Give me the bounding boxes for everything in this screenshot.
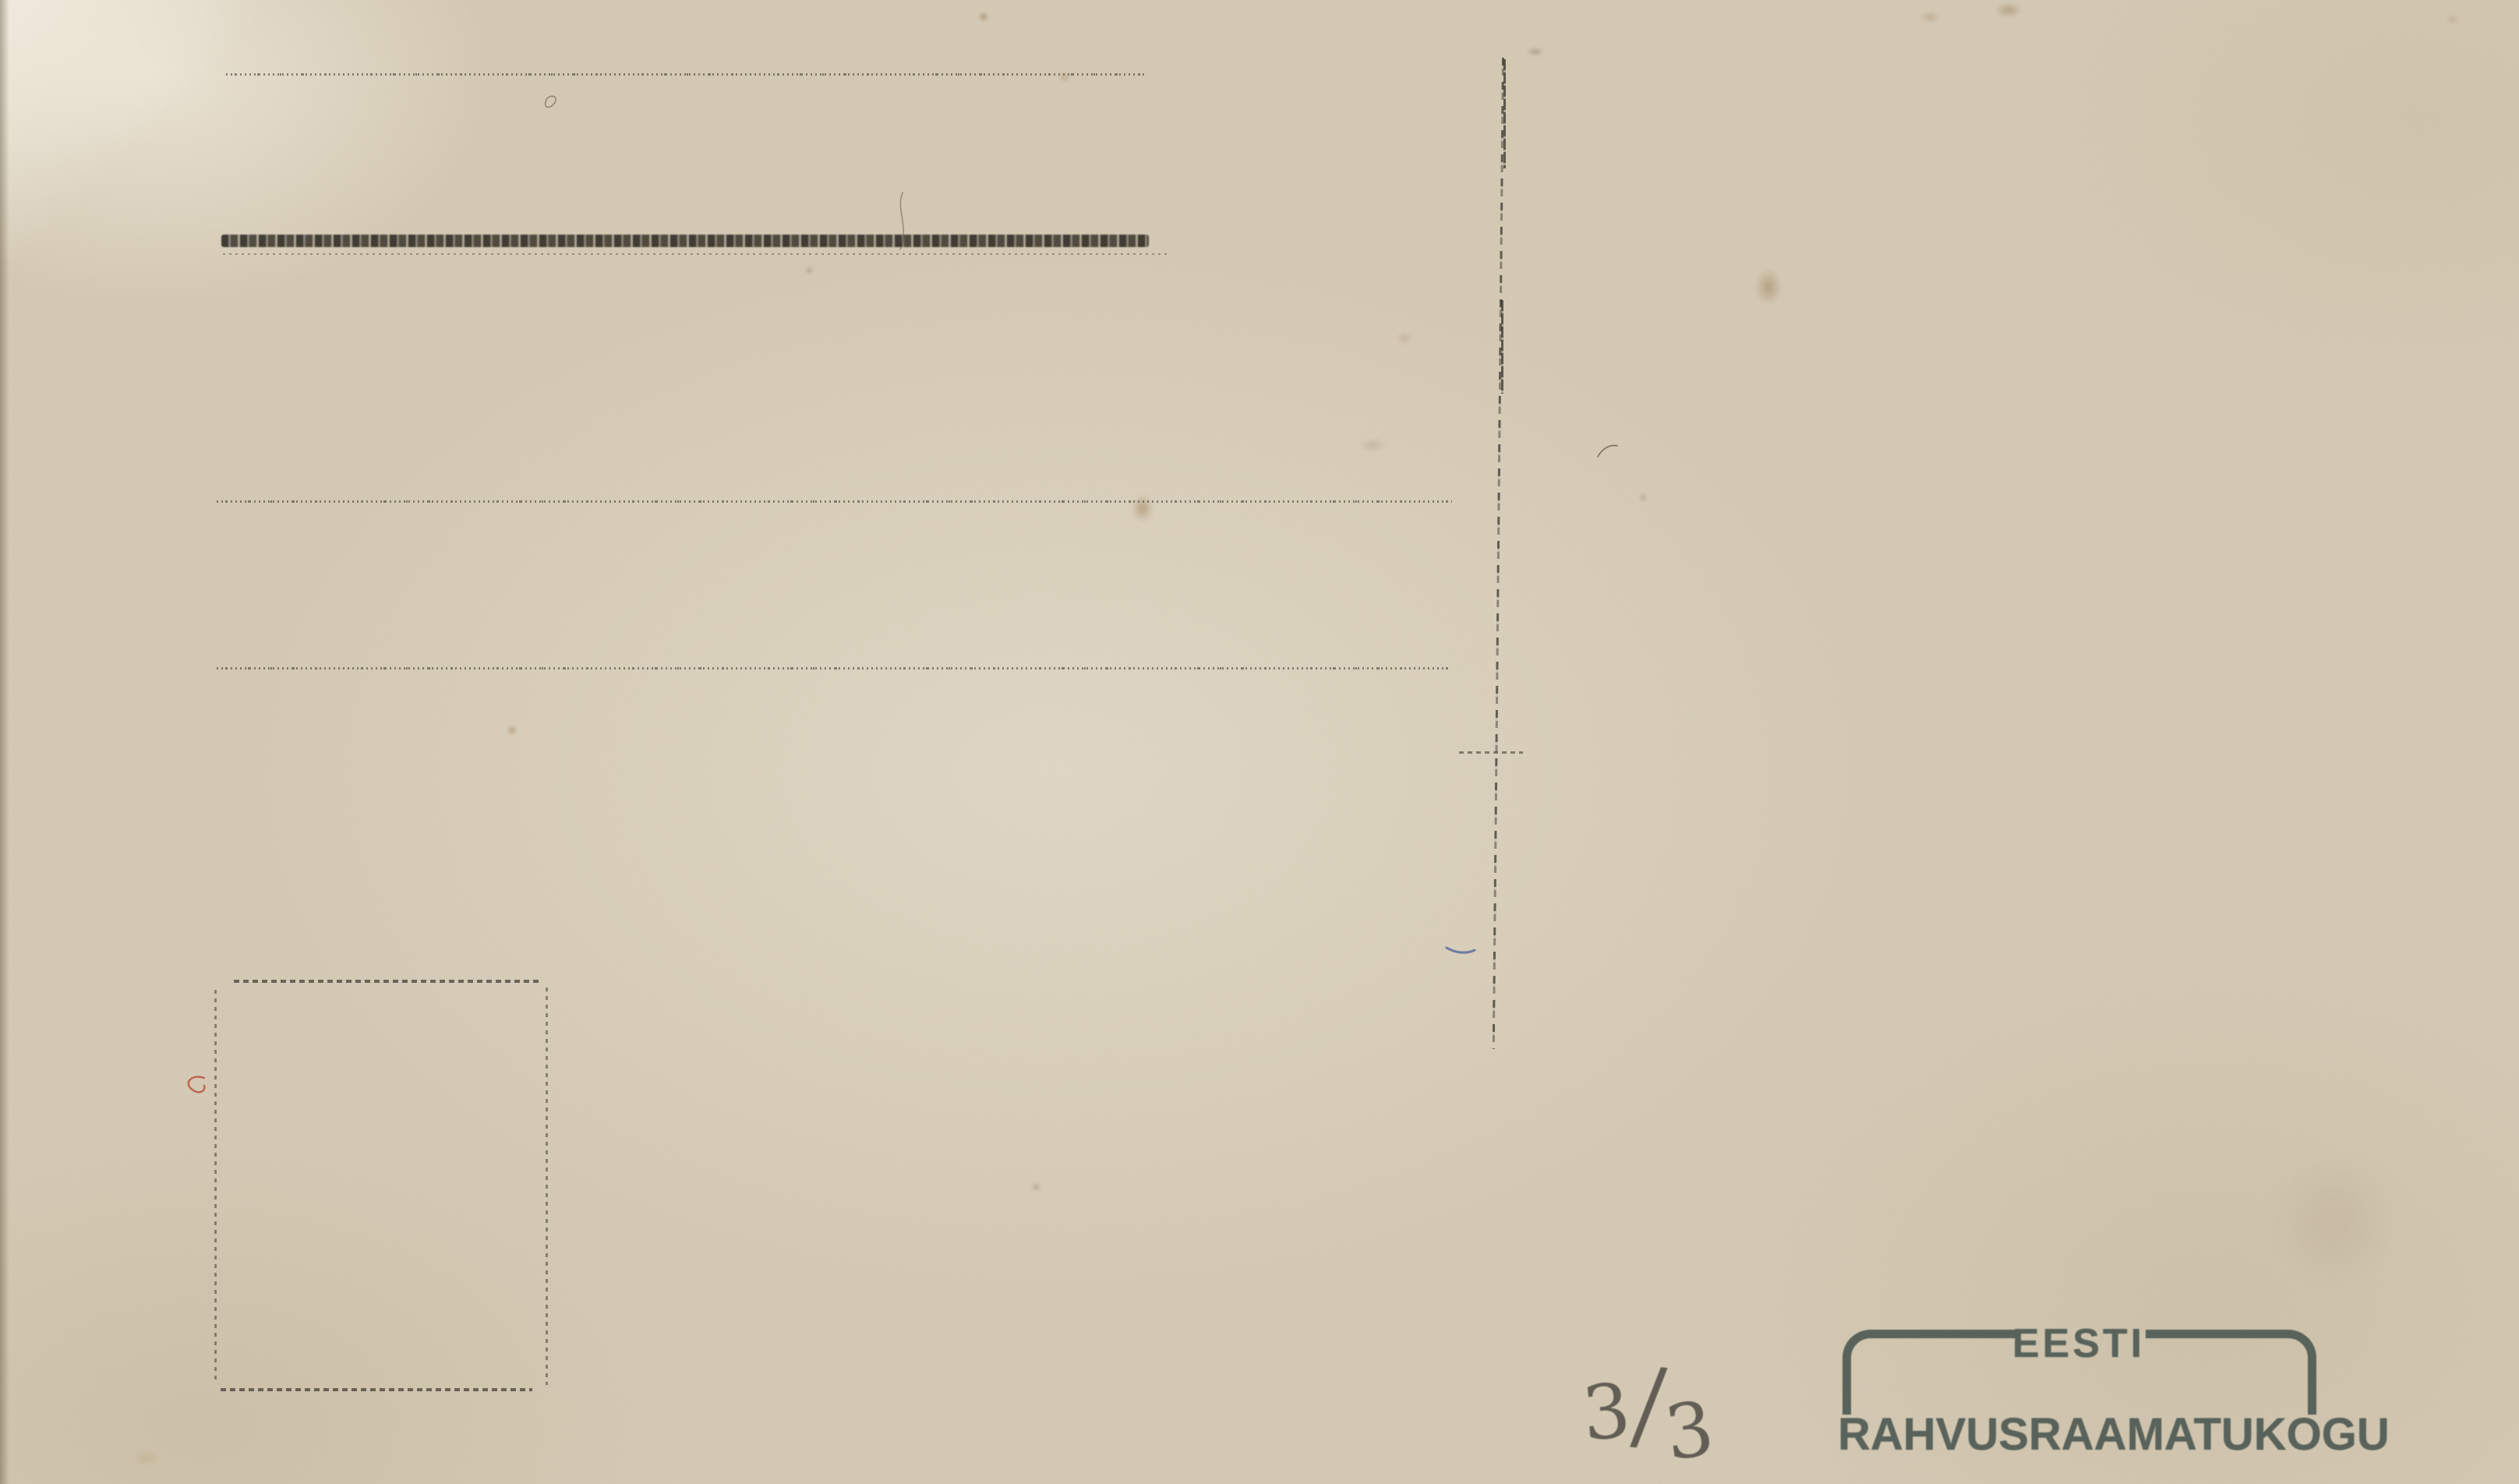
stamp-box-edge-right — [546, 988, 548, 1385]
smudged-heavy-rule — [221, 235, 1149, 247]
corner-crease-sheen — [0, 0, 257, 257]
gray-smudge — [1356, 436, 1389, 454]
stamp-box — [213, 980, 549, 1393]
red-pen-mark — [189, 1076, 204, 1092]
gray-smudge — [1524, 47, 1546, 57]
pencil-fraction: 3/3 — [1582, 1353, 1713, 1454]
hairline-curl — [546, 96, 556, 107]
foxing-stain — [1128, 489, 1157, 527]
fraction-numerator: 3 — [1579, 1367, 1634, 1458]
divider-cross-tick — [1459, 751, 1523, 754]
stamp-text-line1: EESTI — [2012, 1323, 2145, 1364]
stamp-text-line2: RAHVUSRAAMATUKOGU — [1838, 1412, 2319, 1457]
fraction-denominator: 3 — [1659, 1384, 1719, 1477]
lower-dotted-rule — [217, 667, 1450, 670]
divider-dense-segment-mid — [1501, 300, 1503, 394]
foxing-stain — [129, 1448, 164, 1468]
foxing-stain — [506, 724, 518, 737]
hairline-accent — [1598, 446, 1617, 457]
library-stamp: EESTI RAHVUSRAAMATUKOGU — [1838, 1319, 2319, 1467]
stamp-bracket-right — [2146, 1330, 2316, 1415]
postcard-back-scan: 3/3 EESTI RAHVUSRAAMATUKOGU — [0, 0, 2519, 1484]
foxing-stain — [1990, 0, 2027, 20]
foxing-stain — [1638, 493, 1648, 503]
stamp-bracket-left — [1842, 1330, 2018, 1415]
foxing-stain — [2446, 14, 2460, 25]
foxing-stain — [1751, 262, 1786, 312]
foxing-stain — [804, 266, 814, 275]
large-faint-smudge — [2259, 1139, 2411, 1303]
foxing-stain — [977, 11, 990, 23]
smudged-rule-underline — [223, 253, 1170, 255]
stamp-box-edge-left — [214, 990, 217, 1383]
stamp-box-edge-top — [234, 980, 542, 983]
middle-dotted-rule — [217, 500, 1452, 503]
scan-left-edge-shadow — [0, 0, 9, 1484]
foxing-stain — [1057, 70, 1072, 84]
stamp-box-edge-bottom — [221, 1388, 532, 1391]
divider-dashed-rule — [1493, 58, 1504, 1049]
divider-dense-segment-top — [1503, 59, 1506, 168]
foxing-stain — [1916, 9, 1944, 25]
top-dotted-rule — [226, 73, 1146, 76]
foxing-stain — [1395, 330, 1414, 346]
foxing-stain — [1030, 1182, 1042, 1192]
blue-ink-mark — [1447, 948, 1475, 952]
